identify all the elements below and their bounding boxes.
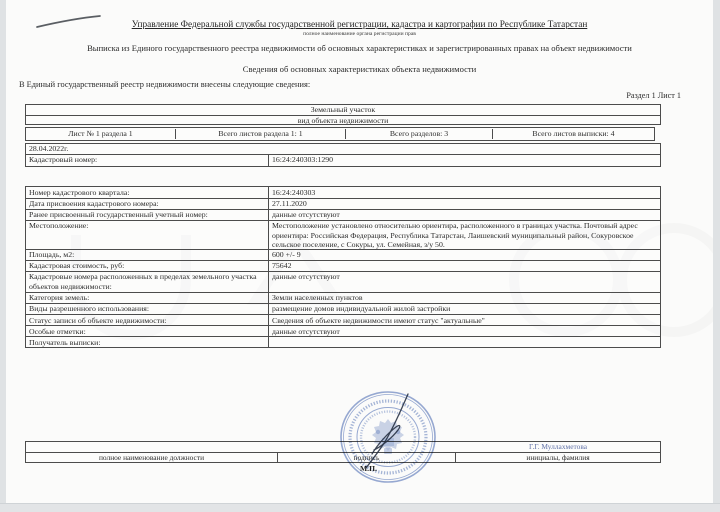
table-row: Статус записи об объекте недвижимости: С…	[26, 314, 660, 325]
object-type: Земельный участок	[26, 105, 660, 115]
intro-line: В Единый государственный реестр недвижим…	[19, 80, 310, 89]
cadastral-number-row: Кадастровый номер: 16:24:240303:1290	[26, 154, 660, 166]
row-value: данные отсутствуют	[269, 272, 660, 292]
row-value: Земли населенных пунктов	[269, 293, 660, 303]
row-value: данные отсутствуют	[269, 210, 660, 220]
row-value: Местоположение установлено относительно …	[269, 221, 660, 249]
row-value	[269, 337, 660, 347]
sheet-info-cell: Всего листов выписки: 4	[493, 129, 654, 139]
row-label: Ранее присвоенный государственный учетны…	[26, 210, 269, 220]
row-label: Номер кадастрового квартала:	[26, 187, 269, 198]
row-value: 27.11.2020	[269, 199, 660, 209]
row-label: Категория земель:	[26, 293, 269, 303]
row-label: Особые отметки:	[26, 326, 269, 336]
initials-name: Г.Г. Муллахметова	[456, 442, 660, 452]
row-value: Сведения об объекте недвижимости имеют с…	[269, 315, 660, 325]
table-row: Категория земель: Земли населенных пункт…	[26, 292, 660, 303]
table-row: Площадь, м2: 600 +/- 9	[26, 249, 660, 260]
details-table: Номер кадастрового квартала: 16:24:24030…	[25, 186, 661, 348]
cadastral-number-value: 16:24:240303:1290	[269, 155, 660, 166]
row-label: Местоположение:	[26, 221, 269, 249]
document-title: Выписка из Единого государственного реес…	[6, 43, 713, 53]
row-label: Виды разрешенного использования:	[26, 304, 269, 314]
sheet-info-cell: Лист № 1 раздела 1	[26, 129, 176, 139]
authority-caption: полное наименование органа регистрации п…	[6, 31, 713, 37]
table-row: Кадастровая стоимость, руб: 75642	[26, 260, 660, 271]
initials-caption: инициалы, фамилия	[456, 453, 660, 463]
row-value: размещение домов индивидуальной жилой за…	[269, 304, 660, 314]
row-label: Дата присвоения кадастрового номера:	[26, 199, 269, 209]
row-label: Кадастровые номера расположенных в преде…	[26, 272, 269, 292]
extract-date: 28.04.2022г.	[26, 144, 660, 154]
date-row: 28.04.2022г.	[26, 144, 660, 154]
table-row: Местоположение: Местоположение установле…	[26, 220, 660, 249]
row-label: Кадастровая стоимость, руб:	[26, 261, 269, 271]
scan-edge	[0, 503, 720, 512]
object-type-caption-row: вид объекта недвижимости	[26, 115, 660, 125]
object-type-table: Земельный участок вид объекта недвижимос…	[25, 104, 661, 125]
sheet-info-cell: Всего листов раздела 1: 1	[176, 129, 346, 139]
handwritten-signature-icon	[344, 388, 454, 483]
row-value: 16:24:240303	[269, 187, 660, 198]
object-type-caption: вид объекта недвижимости	[26, 116, 660, 125]
section-title: Сведения об основных характеристиках объ…	[6, 64, 713, 74]
sheet-info-table: Лист № 1 раздела 1 Всего листов раздела …	[25, 127, 655, 141]
table-row: Ранее присвоенный государственный учетны…	[26, 209, 660, 220]
row-value: данные отсутствуют	[269, 326, 660, 336]
page-marker: Раздел 1 Лист 1	[626, 91, 681, 100]
object-type-row: Земельный участок	[26, 105, 660, 115]
table-row: Дата присвоения кадастрового номера: 27.…	[26, 198, 660, 209]
sheet-info-cell: Всего разделов: 3	[346, 129, 493, 139]
table-row: Особые отметки: данные отсутствуют	[26, 325, 660, 336]
table-row: Получатель выписки:	[26, 336, 660, 347]
row-label: Площадь, м2:	[26, 250, 269, 260]
row-label: Статус записи об объекте недвижимости:	[26, 315, 269, 325]
table-row: Виды разрешенного использования: размеще…	[26, 303, 660, 314]
row-label: Получатель выписки:	[26, 337, 269, 347]
cadastral-number-label: Кадастровый номер:	[26, 155, 269, 166]
pen-mark-icon	[34, 12, 104, 32]
table-row: Номер кадастрового квартала: 16:24:24030…	[26, 187, 660, 198]
position-caption: полное наименование должности	[26, 453, 278, 463]
document-page: Управление Федеральной службы государств…	[6, 0, 713, 503]
row-value: 75642	[269, 261, 660, 271]
sheet-info-row: Лист № 1 раздела 1 Всего листов раздела …	[26, 128, 654, 140]
table-row: Кадастровые номера расположенных в преде…	[26, 271, 660, 292]
row-value: 600 +/- 9	[269, 250, 660, 260]
date-table: 28.04.2022г. Кадастровый номер: 16:24:24…	[25, 143, 661, 167]
authority-title: Управление Федеральной службы государств…	[6, 20, 713, 30]
